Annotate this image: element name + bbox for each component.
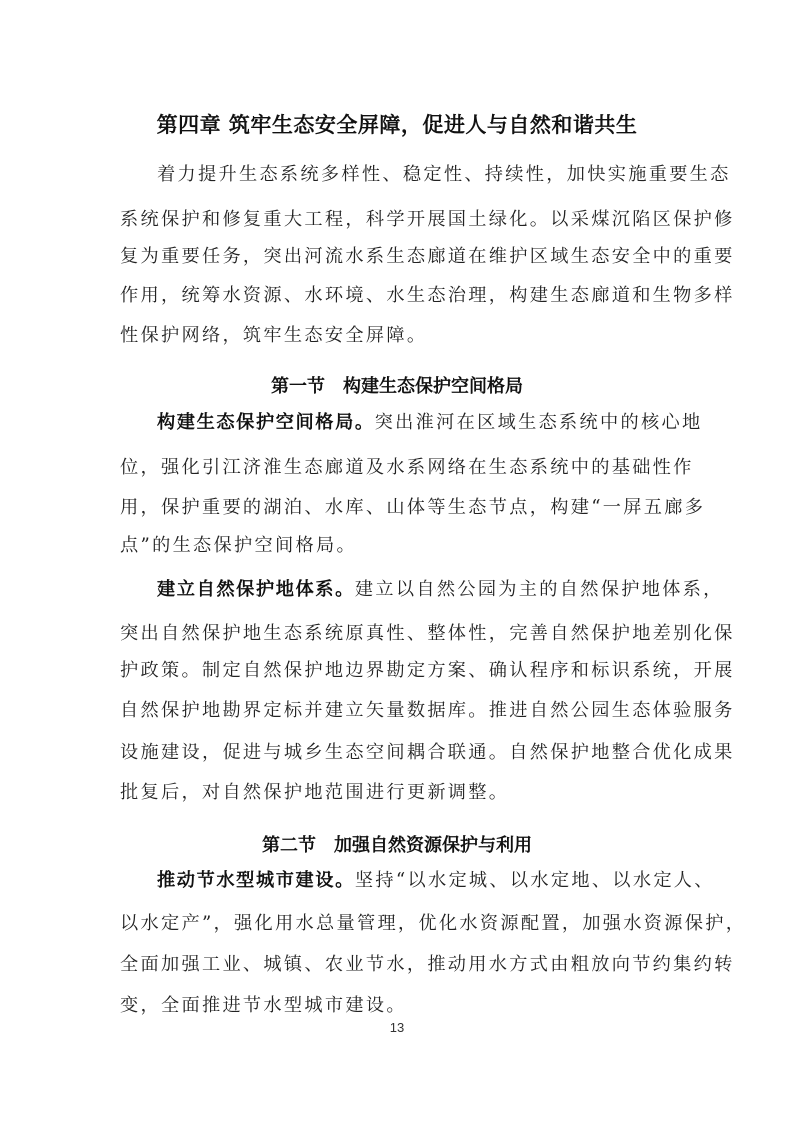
paragraph-text: 建立以自然公园为主的自然保护地体系， xyxy=(355,579,724,600)
page-number: 13 xyxy=(0,1020,794,1035)
paragraph-text: 突出淮河在区域生态系统中的核心地 xyxy=(375,412,703,433)
paragraph-line: 自然保护地勘界定标并建立矢量数据库。推进自然公园生态体验服务 xyxy=(120,700,676,722)
intro-line: 复为重要任务，突出河流水系生态廊道在维护区域生态安全中的重要 xyxy=(120,246,676,268)
paragraph-lead: 推动节水型城市建设。 xyxy=(157,870,355,891)
section-title: 第一节 构建生态保护空间格局 xyxy=(0,372,794,398)
document-page: 第四章 筑牢生态安全屏障，促进人与自然和谐共生 着力提升生态系统多样性、稳定性、… xyxy=(0,0,794,1122)
paragraph-first-line: 建立自然保护地体系。建立以自然公园为主的自然保护地体系， xyxy=(157,579,713,601)
paragraph-line: 变，全面推进节水型城市建设。 xyxy=(120,995,676,1017)
paragraph-line: 以水定产”，强化用水总量管理，优化水资源配置，加强水资源保护， xyxy=(120,913,676,935)
section-title: 第二节 加强自然资源保护与利用 xyxy=(0,831,794,857)
paragraph-lead: 构建生态保护空间格局。 xyxy=(157,412,375,433)
paragraph-line: 护政策。制定自然保护地边界勘定方案、确认程序和标识系统，开展 xyxy=(120,660,676,682)
paragraph-line: 设施建设，促进与城乡生态空间耦合联通。自然保护地整合优化成果 xyxy=(120,742,676,764)
intro-line: 着力提升生态系统多样性、稳定性、持续性，加快实施重要生态 xyxy=(157,164,713,186)
paragraph-first-line: 构建生态保护空间格局。突出淮河在区域生态系统中的核心地 xyxy=(157,412,713,434)
paragraph-line: 点”的生态保护空间格局。 xyxy=(120,535,676,557)
intro-line: 系统保护和修复重大工程，科学开展国土绿化。以采煤沉陷区保护修 xyxy=(120,209,676,231)
paragraph-text: 坚持“以水定城、以水定地、以水定人、 xyxy=(355,870,715,891)
chapter-title: 第四章 筑牢生态安全屏障，促进人与自然和谐共生 xyxy=(0,109,794,139)
intro-line: 性保护网络，筑牢生态安全屏障。 xyxy=(120,325,676,347)
intro-line: 作用，统筹水资源、水环境、水生态治理，构建生态廊道和生物多样 xyxy=(120,285,676,307)
paragraph-line: 用，保护重要的湖泊、水库、山体等生态节点，构建“一屏五廊多 xyxy=(120,497,676,519)
paragraph-line: 突出自然保护地生态系统原真性、整体性，完善自然保护地差别化保 xyxy=(120,623,676,645)
paragraph-line: 位，强化引江济淮生态廊道及水系网络在生态系统中的基础性作 xyxy=(120,457,676,479)
paragraph-line: 全面加强工业、城镇、农业节水，推动用水方式由粗放向节约集约转 xyxy=(120,954,676,976)
paragraph-first-line: 推动节水型城市建设。坚持“以水定城、以水定地、以水定人、 xyxy=(157,870,713,892)
paragraph-lead: 建立自然保护地体系。 xyxy=(157,579,355,600)
paragraph-line: 批复后，对自然保护地范围进行更新调整。 xyxy=(120,782,676,804)
